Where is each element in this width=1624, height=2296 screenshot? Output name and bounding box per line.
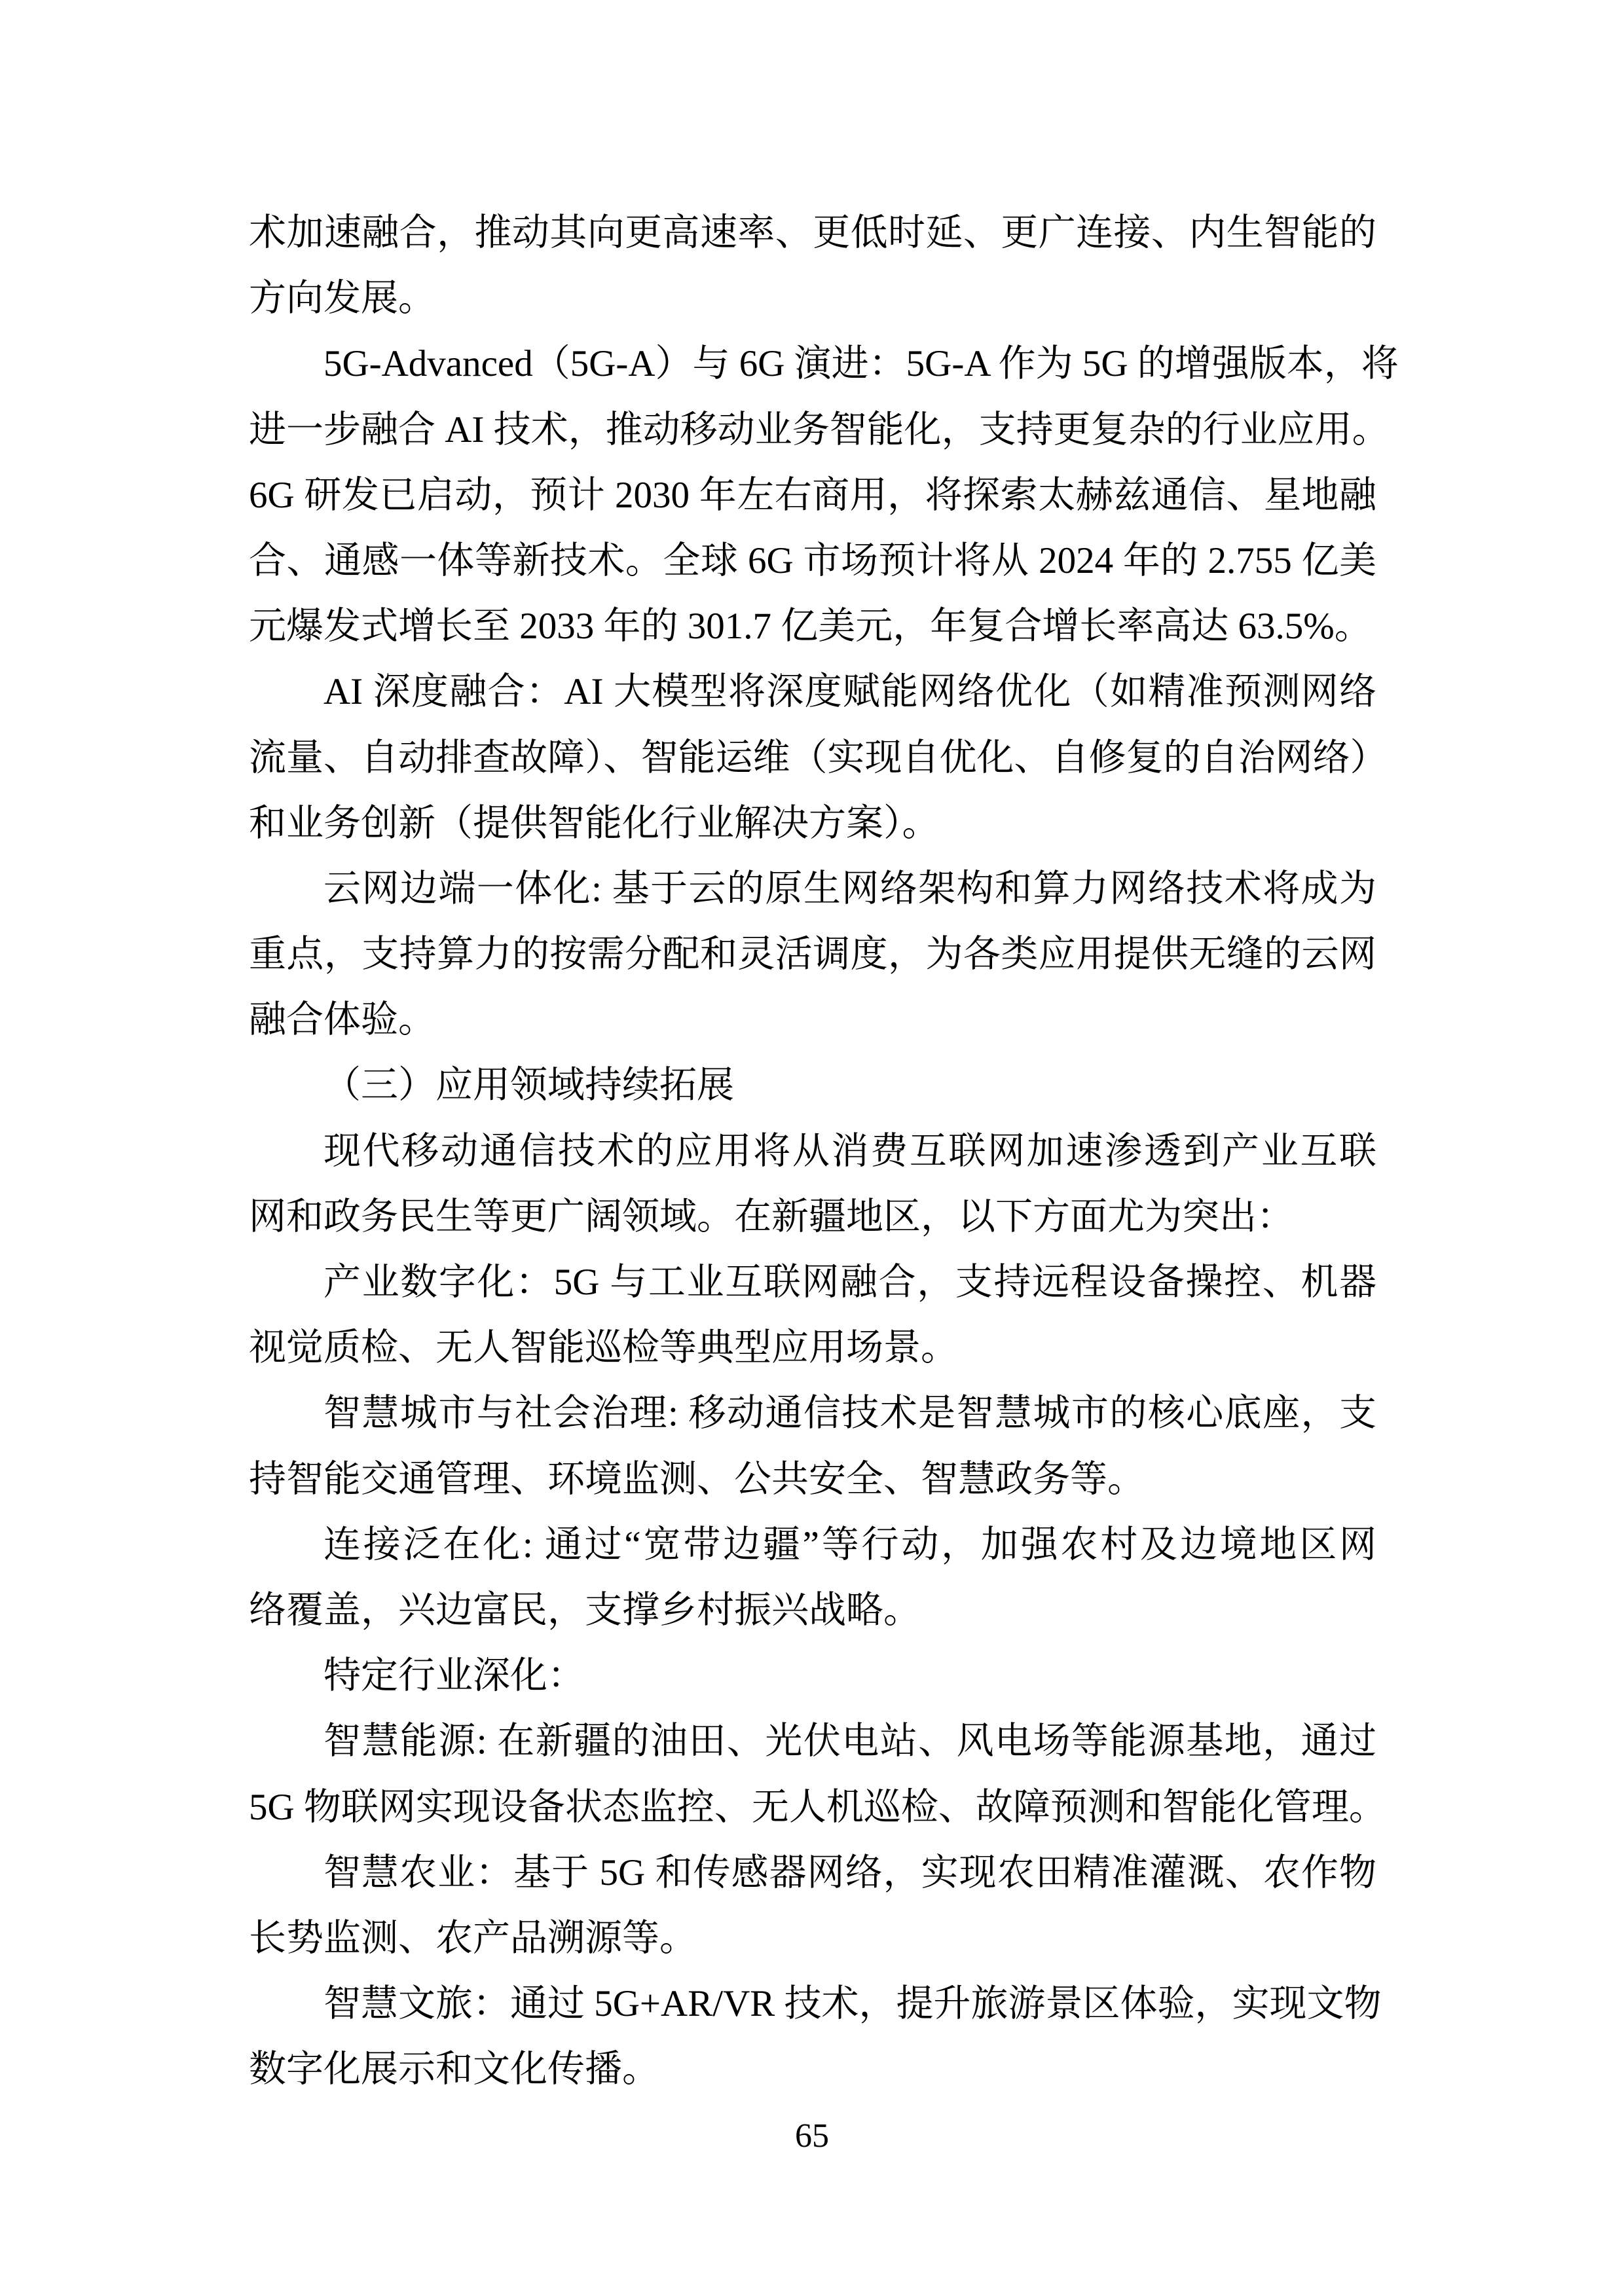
paragraph-smart-city: 智慧城市与社会治理: 移动通信技术是智慧城市的核心底座，支 [249,1381,1376,1446]
text-line: 长势监测、农产品溯源等。 [249,1906,1376,1971]
page-number: 65 [0,2113,1624,2159]
paragraph-smart-tourism: 智慧文旅：通过 5G+AR/VR 技术，提升旅游景区体验，实现文物 [249,1971,1376,2037]
paragraph-5g-advanced: 5G-Advanced（5G-A）与 6G 演进：5G-A 作为 5G 的增强版… [249,331,1376,397]
text-line: 5G 物联网实现设备状态监控、无人机巡检、故障预测和智能化管理。 [249,1775,1376,1840]
text-line: 网和政务民生等更广阔领域。在新疆地区，以下方面尤为突出： [249,1184,1376,1250]
paragraph-smart-energy: 智慧能源: 在新疆的油田、光伏电站、风电场等能源基地，通过 [249,1709,1376,1774]
text-line: 络覆盖，兴边富民，支撑乡村振兴战略。 [249,1578,1376,1643]
paragraph-industry-deepening: 特定行业深化： [249,1643,1376,1709]
text-line: 流量、自动排查故障）、智能运维（实现自优化、自修复的自治网络） [249,725,1376,791]
paragraph-ubiquitous-connectivity: 连接泛在化: 通过“宽带边疆”等行动，加强农村及边境地区网 [249,1512,1376,1578]
paragraph-ai-integration: AI 深度融合：AI 大模型将深度赋能网络优化（如精准预测网络 [249,659,1376,725]
text-line: 持智能交通管理、环境监测、公共安全、智慧政务等。 [249,1447,1376,1512]
text-line: 方向发展。 [249,266,1376,331]
text-line: 和业务创新（提供智能化行业解决方案）。 [249,791,1376,856]
text-line: 元爆发式增长至 2033 年的 301.7 亿美元，年复合增长率高达 63.5%… [249,594,1376,659]
paragraph-applications-intro: 现代移动通信技术的应用将从消费互联网加速渗透到产业互联 [249,1119,1376,1184]
text-line: 合、通感一体等新技术。全球 6G 市场预计将从 2024 年的 2.755 亿美 [249,528,1376,594]
text-line: 6G 研发已启动，预计 2030 年左右商用，将探索太赫兹通信、星地融 [249,463,1376,528]
document-page: 术加速融合，推动其向更高速率、更低时延、更广连接、内生智能的 方向发展。 5G-… [0,0,1624,2296]
body-text: 术加速融合，推动其向更高速率、更低时延、更广连接、内生智能的 方向发展。 5G-… [249,200,1376,2102]
text-line: 进一步融合 AI 技术，推动移动业务智能化，支持更复杂的行业应用。 [249,397,1376,463]
paragraph-cloud-network: 云网边端一体化: 基于云的原生网络架构和算力网络技术将成为 [249,856,1376,922]
text-line: 术加速融合，推动其向更高速率、更低时延、更广连接、内生智能的 [249,200,1376,266]
text-line: 数字化展示和文化传播。 [249,2037,1376,2102]
text-line: 重点，支持算力的按需分配和灵活调度，为各类应用提供无缝的云网 [249,922,1376,987]
section-heading: （三）应用领域持续拓展 [249,1053,1376,1118]
text-line: 融合体验。 [249,987,1376,1053]
paragraph-smart-agriculture: 智慧农业：基于 5G 和传感器网络，实现农田精准灌溉、农作物 [249,1840,1376,1906]
paragraph-industrial-digitalization: 产业数字化：5G 与工业互联网融合，支持远程设备操控、机器 [249,1250,1376,1315]
text-line: 视觉质检、无人智能巡检等典型应用场景。 [249,1315,1376,1381]
